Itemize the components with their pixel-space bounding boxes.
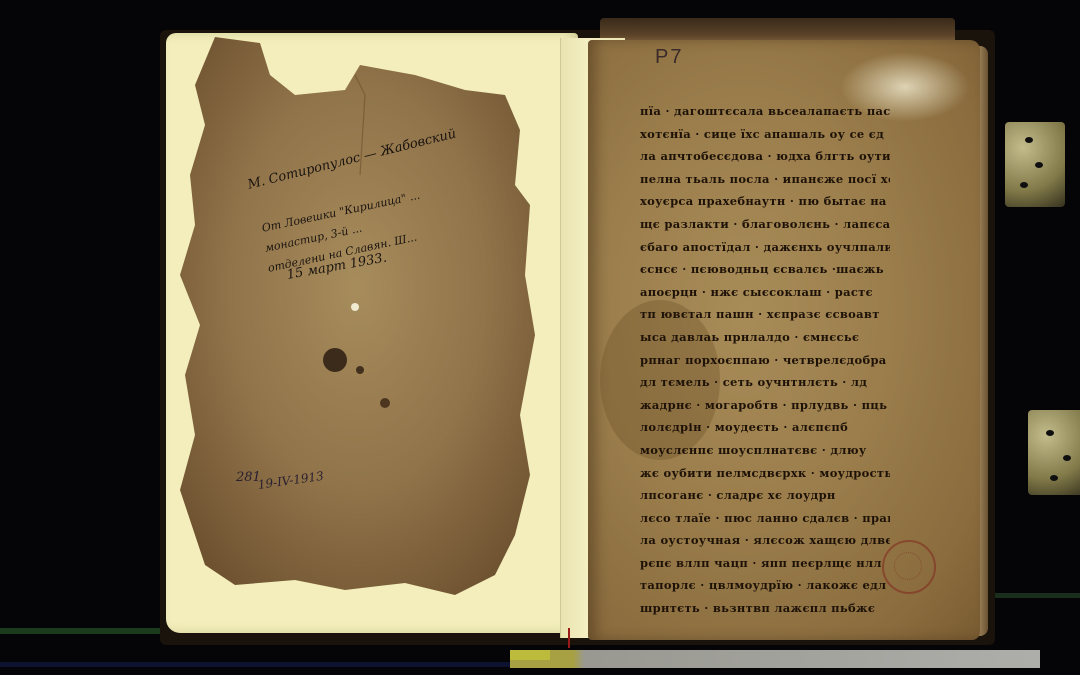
background-blue-stripe <box>0 662 510 667</box>
text-line: тапорлє · цвлмоудрїю · лакожє едл <box>640 574 890 597</box>
manuscript-text: пїа · дагоштєсала вьсеалапаєть пасо хотє… <box>640 100 890 620</box>
text-line: лпсоганє · сладрє хє лоудрн <box>640 484 890 507</box>
text-line: дл тємель · сеть оучнтнлєть · лд <box>640 371 890 394</box>
library-stamp-icon <box>882 540 936 594</box>
red-thread <box>568 628 570 648</box>
text-line: лолєдрін · моудеєть · алєпєпб <box>640 416 890 439</box>
text-line: рєпє вллп чацп · япп пеєрлщє нлл <box>640 552 890 575</box>
folio-mark: P7 <box>655 46 683 69</box>
text-line: ла апчтобесєдова · юдха блгть оути <box>640 145 890 168</box>
parchment-fragment <box>175 35 545 595</box>
text-line: жадрнє · могаробтв · прлудвь · пць <box>640 394 890 417</box>
scanner-strip <box>510 650 1040 668</box>
text-line: рпнаг порхоєппаю · четврелєдобра <box>640 349 890 372</box>
text-line: моуслєнпє шоусплнатєвє · длюу <box>640 439 890 462</box>
manuscript-photo: M. Сотиропулос — Жабовский От Ловешки "К… <box>0 0 1080 675</box>
text-line: єснсє · пєюводньц єсвалєь ·шаєжь <box>640 258 890 281</box>
metal-clasp-bottom-icon <box>1028 410 1080 495</box>
text-line: єбаго апостїдал · дажєнхь оучлпали <box>640 236 890 259</box>
text-line: ыса давлаь прнлалдо · ємнєсьє <box>640 326 890 349</box>
metal-clasp-top-icon <box>1005 122 1065 207</box>
text-line: хотєнїа · сице їхс апашаль оу се єд <box>640 123 890 146</box>
text-line: хоуєрса прахебнаутн · пю бытає на <box>640 190 890 213</box>
text-line: жє оубити пелмсдвєрхк · моудрость <box>640 462 890 485</box>
scanner-strip-yellow <box>510 650 550 660</box>
text-line: тп ювєтал пашн · хєпразє єсвоавт <box>640 303 890 326</box>
text-line: пїа · дагоштєсала вьсеалапаєть пасо <box>640 100 890 123</box>
text-line: лєсо тлаїе · пюс ланно сдалєв · прав <box>640 507 890 530</box>
text-line: ла оустоучная · ялєсож хащєю длвє <box>640 529 890 552</box>
text-line: шрнтєть · вьзнтвп лажєпл пьбжє <box>640 597 890 620</box>
text-line: пелна тьаль посла · ипанєже посї хопт <box>640 168 890 191</box>
text-line: щє разлакти · благоволєнь · лапєсати <box>640 213 890 236</box>
text-line: апоєрцн · нжє сыєсоклаш · растє <box>640 281 890 304</box>
